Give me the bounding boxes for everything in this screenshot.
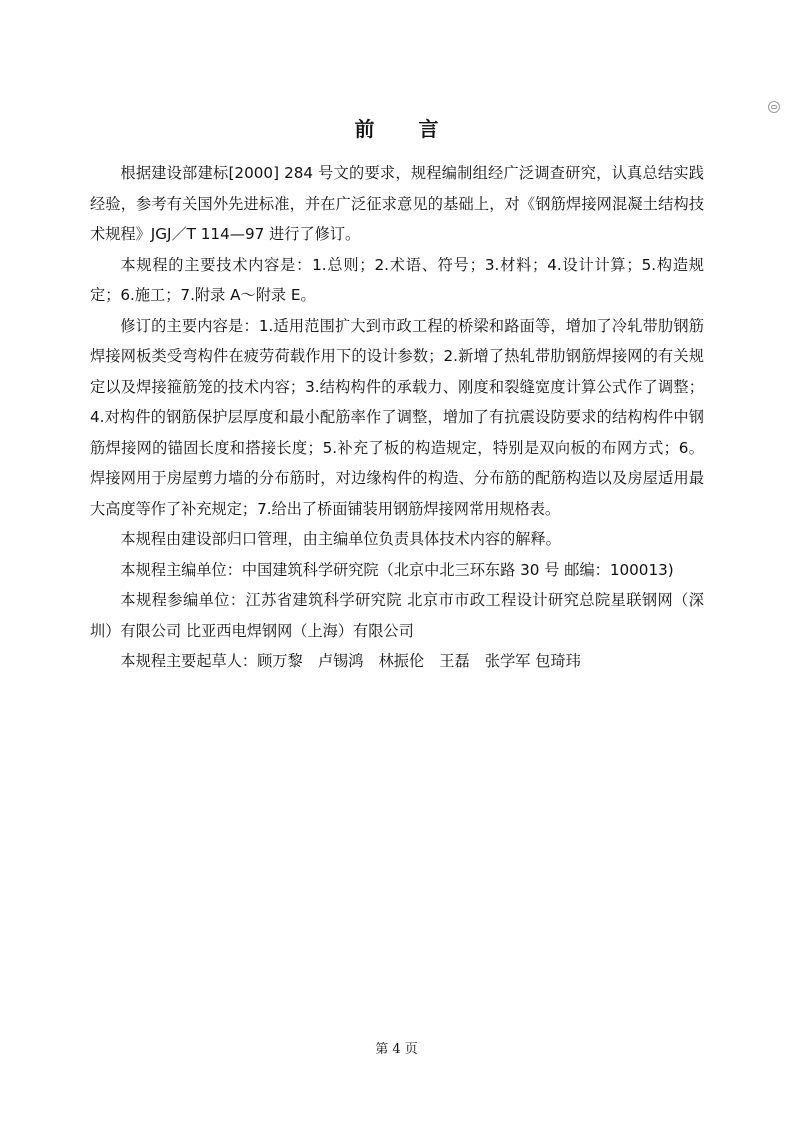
comment-icon[interactable]: [768, 101, 780, 113]
title-char-2: 言: [419, 113, 439, 142]
paragraph-revision-content: 修订的主要内容是：1.适用范围扩大到市政工程的桥梁和路面等，增加了冷轧带肋钢筋焊…: [90, 311, 704, 525]
paragraph-chief-editor: 本规程主编单位：中国建筑科学研究院（北京中北三环东路 30 号 邮编：10001…: [90, 555, 704, 586]
paragraph-main-content: 本规程的主要技术内容是：1.总则；2.术语、符号；3.材料；4.设计计算；5.构…: [90, 250, 704, 311]
paragraph-participating-units: 本规程参编单位：江苏省建筑科学研究院 北京市市政工程设计研究总院星联钢网（深圳）…: [90, 585, 704, 646]
page-number: 第 4 页: [0, 1038, 793, 1057]
title-char-1: 前: [355, 113, 375, 142]
paragraph-revision-basis: 根据建设部建标[2000] 284 号文的要求，规程编制组经广泛调查研究，认真总…: [90, 158, 704, 250]
paragraph-management: 本规程由建设部归口管理，由主编单位负责具体技术内容的解释。: [90, 524, 704, 555]
paragraph-drafters: 本规程主要起草人：顾万黎 卢锡鸿 林振伦 王磊 张学军 包琦玮: [90, 646, 704, 677]
preface-body: 根据建设部建标[2000] 284 号文的要求，规程编制组经广泛调查研究，认真总…: [90, 158, 704, 677]
page-title: 前言: [0, 113, 793, 142]
